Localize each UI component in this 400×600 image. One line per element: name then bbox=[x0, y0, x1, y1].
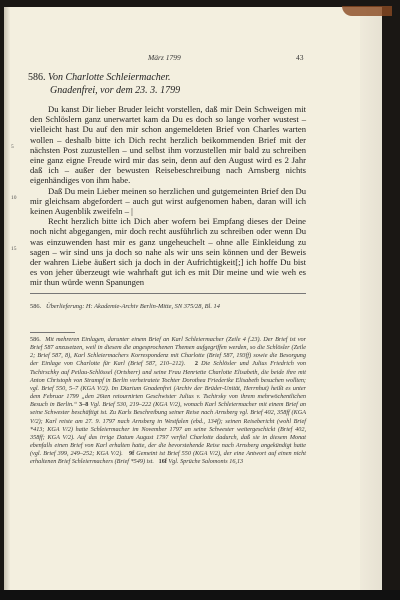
note-text: Vgl. Sprüche Salomonis 16,13 bbox=[168, 458, 243, 465]
note-ref: 2 bbox=[195, 360, 198, 367]
page-edge bbox=[360, 7, 382, 597]
note-ref: 3–8 bbox=[79, 401, 88, 408]
apparatus-number: 586. bbox=[30, 303, 41, 310]
letter-heading: 586. Von Charlotte Schleiermacher. Gnade… bbox=[28, 72, 180, 97]
book-bottom-shadow bbox=[0, 590, 400, 600]
letter-title: Von Charlotte Schleiermacher. bbox=[48, 72, 170, 83]
explanatory-notes: 586. Mit mehreren Einlagen, darunter ein… bbox=[30, 336, 306, 467]
line-number: 10 bbox=[11, 195, 17, 201]
note-number: 586. bbox=[30, 336, 41, 343]
note-ref: 16f bbox=[159, 458, 167, 465]
note-ref: 9f bbox=[129, 450, 134, 457]
divider bbox=[30, 293, 306, 294]
page-number: 43 bbox=[296, 53, 304, 62]
line-number: 15 bbox=[11, 246, 17, 252]
body-paragraph: Recht herzlich bitte ich Dich aber wofer… bbox=[30, 216, 306, 287]
book-cover-corner bbox=[342, 6, 392, 16]
line-number: 5 bbox=[11, 144, 14, 150]
letter-place-date: Gnadenfrei, vor dem 23. 3. 1799 bbox=[28, 85, 180, 98]
letter-number: 586. bbox=[28, 72, 46, 83]
body-paragraph: Du kanst Dir lieber Bruder leicht vorste… bbox=[30, 104, 306, 186]
running-head-date: März 1799 bbox=[148, 53, 181, 62]
note-text: Vgl. Brief 530, 219–222 (KGA V/2), wonac… bbox=[30, 401, 306, 457]
book-spine bbox=[4, 7, 10, 597]
letter-body: Du kanst Dir lieber Bruder leicht vorste… bbox=[30, 104, 306, 288]
divider bbox=[30, 332, 75, 333]
body-paragraph: Daß Du mein Lieber meinen so herzlichen … bbox=[30, 186, 306, 217]
apparatus-text: Überlieferung: H: Akademie-Archiv Berlin… bbox=[46, 303, 220, 310]
textual-apparatus: 586. Überlieferung: H: Akademie-Archiv B… bbox=[30, 303, 220, 310]
